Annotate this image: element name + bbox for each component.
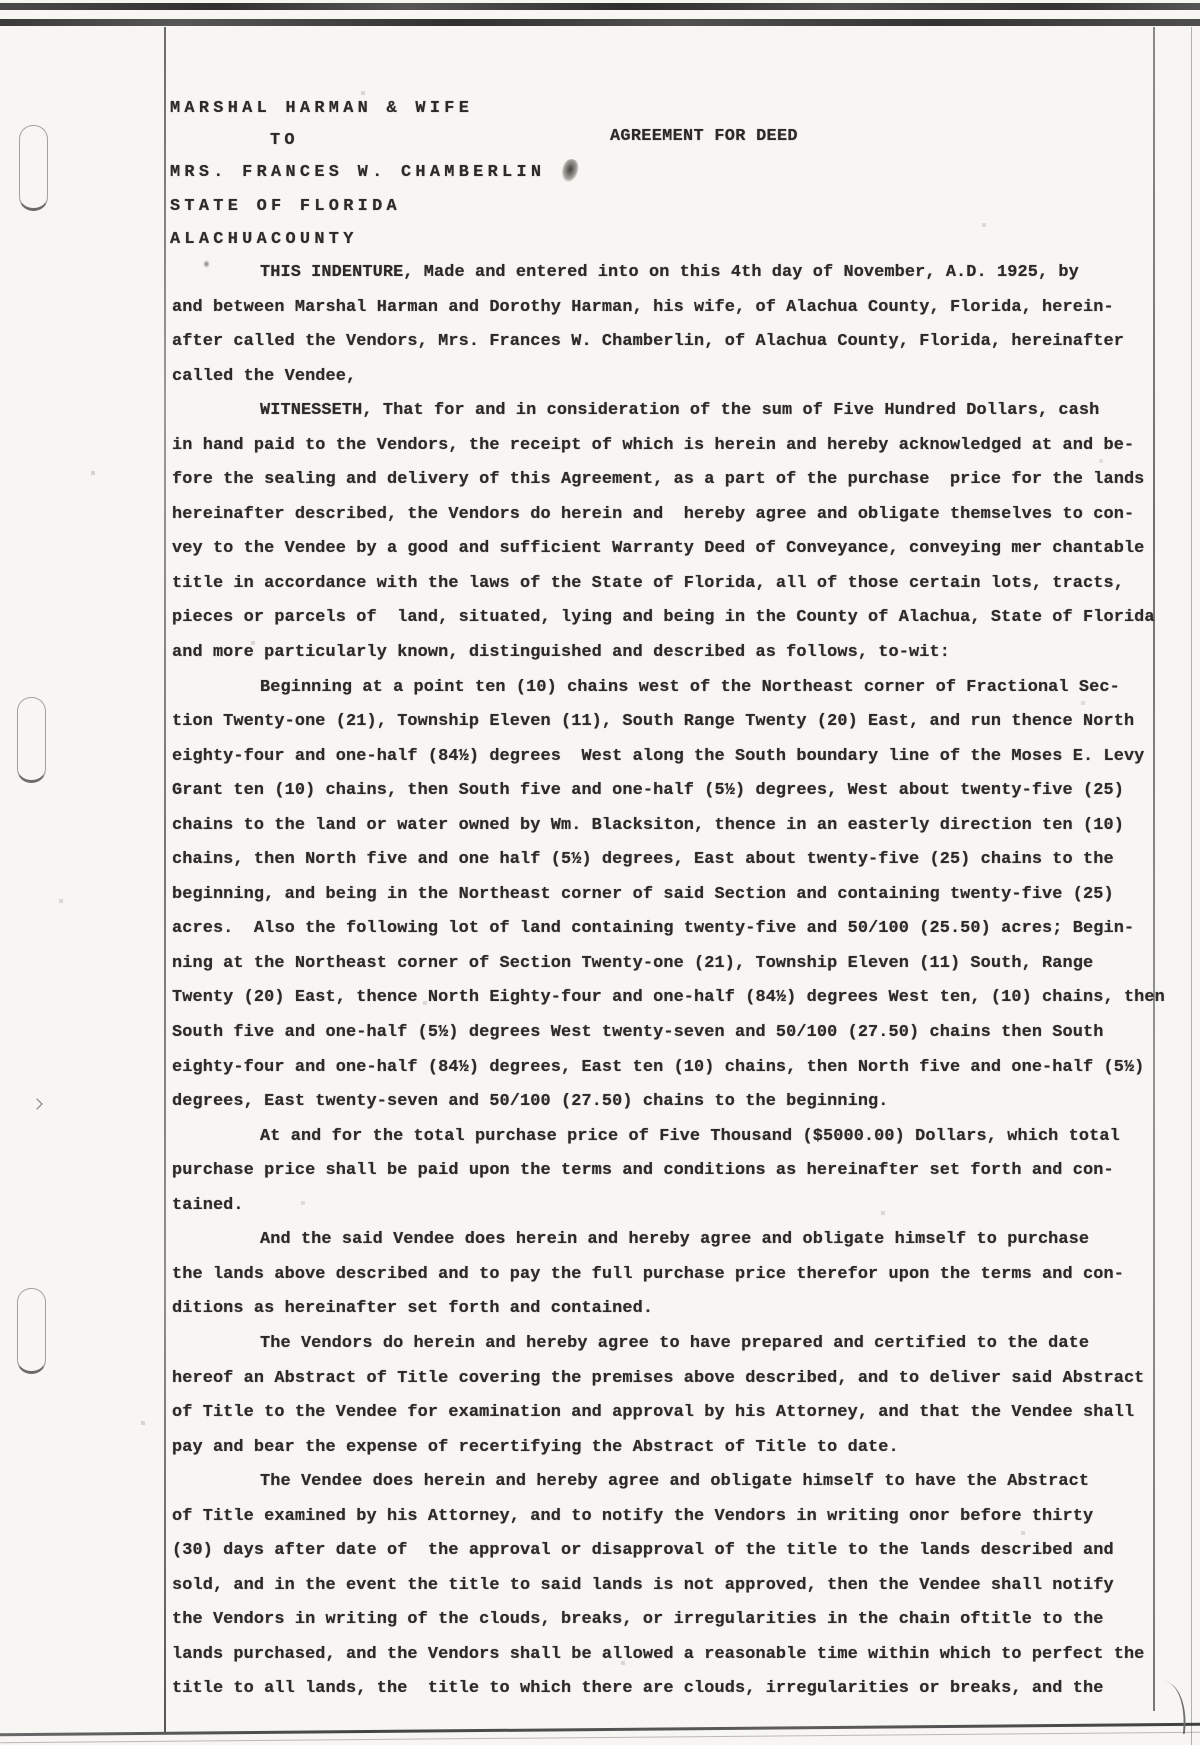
document-line: purchase price shall be paid upon the te… [172, 1154, 1196, 1189]
ink-smudge-artifact [559, 157, 580, 183]
document-line: At and for the total purchase price of F… [172, 1120, 1196, 1155]
margin-check-mark [31, 1098, 42, 1109]
document-line: ning at the Northeast corner of Section … [172, 947, 1196, 982]
document-line: (30) days after date of the approval or … [172, 1534, 1196, 1569]
document-line: South five and one-half (5½) degrees Wes… [172, 1016, 1196, 1051]
party-connector: TO [270, 131, 299, 150]
document-line: title in accordance with the laws of the… [172, 567, 1196, 602]
document-line: fore the sealing and delivery of this Ag… [172, 463, 1196, 498]
document-line: THIS INDENTURE, Made and entered into on… [172, 256, 1196, 291]
document-line: after called the Vendors, Mrs. Frances W… [172, 325, 1196, 360]
document-line: sold, and in the event the title to said… [172, 1569, 1196, 1604]
document-title: AGREEMENT FOR DEED [610, 127, 798, 146]
document-line: The Vendors do herein and hereby agree t… [172, 1327, 1196, 1362]
party-grantor: MARSHAL HARMAN & WIFE [170, 99, 473, 118]
hole-punch [17, 1288, 46, 1374]
document-line: WITNESSETH, That for and in consideratio… [172, 394, 1196, 429]
document-line: chains, then North five and one half (5½… [172, 843, 1196, 878]
document-line: The Vendee does herein and hereby agree … [172, 1465, 1196, 1500]
county-caption: ALACHUACOUNTY [170, 230, 358, 249]
document-line: degrees, East twenty-seven and 50/100 (2… [172, 1085, 1196, 1120]
document-line: beginning, and being in the Northeast co… [172, 878, 1196, 913]
document-line: title to all lands, the title to which t… [172, 1672, 1196, 1707]
document-line: the lands above described and to pay the… [172, 1258, 1196, 1293]
scan-band-artifact-top [0, 3, 1200, 10]
scan-speckle-noise [0, 0, 2, 2]
left-margin-rule [164, 27, 166, 1733]
document-line: eighty-four and one-half (84½) degrees W… [172, 740, 1196, 775]
hole-punch [19, 125, 48, 211]
document-line: vey to the Vendee by a good and sufficie… [172, 532, 1196, 567]
document-line: the Vendors in writing of the clouds, br… [172, 1603, 1196, 1638]
party-grantee: MRS. FRANCES W. CHAMBERLIN [170, 163, 545, 182]
document-line: tion Twenty-one (21), Township Eleven (1… [172, 705, 1196, 740]
document-line: pieces or parcels of land, situated, lyi… [172, 601, 1196, 636]
document-line: tained. [172, 1189, 1196, 1224]
document-body: THIS INDENTURE, Made and entered into on… [172, 256, 1196, 1707]
document-line: called the Vendee, [172, 360, 1196, 395]
document-line: And the said Vendee does herein and here… [172, 1223, 1196, 1258]
document-line: hereinafter described, the Vendors do he… [172, 498, 1196, 533]
document-line: Beginning at a point ten (10) chains wes… [172, 671, 1196, 706]
document-line: and between Marshal Harman and Dorothy H… [172, 291, 1196, 326]
state-caption: STATE OF FLORIDA [170, 197, 401, 216]
hole-punch [17, 697, 46, 783]
document-line: chains to the land or water owned by Wm.… [172, 809, 1196, 844]
document-line: pay and bear the expense of recertifying… [172, 1431, 1196, 1466]
document-line: hereof an Abstract of Title covering the… [172, 1362, 1196, 1397]
document-line: lands purchased, and the Vendors shall b… [172, 1638, 1196, 1673]
document-line: Grant ten (10) chains, then South five a… [172, 774, 1196, 809]
document-line: eighty-four and one-half (84½) degrees, … [172, 1051, 1196, 1086]
document-line: of Title examined by his Attorney, and t… [172, 1500, 1196, 1535]
document-line: and more particularly known, distinguish… [172, 636, 1196, 671]
document-line: acres. Also the following lot of land co… [172, 912, 1196, 947]
scanned-document-page: MARSHAL HARMAN & WIFE TO AGREEMENT FOR D… [0, 0, 1200, 1745]
scan-band-artifact-second [0, 19, 1200, 26]
document-line: ditions as hereinafter set forth and con… [172, 1292, 1196, 1327]
document-line: Twenty (20) East, thence North Eighty-fo… [172, 981, 1196, 1016]
document-line: in hand paid to the Vendors, the receipt… [172, 429, 1196, 464]
document-line: of Title to the Vendee for examination a… [172, 1396, 1196, 1431]
